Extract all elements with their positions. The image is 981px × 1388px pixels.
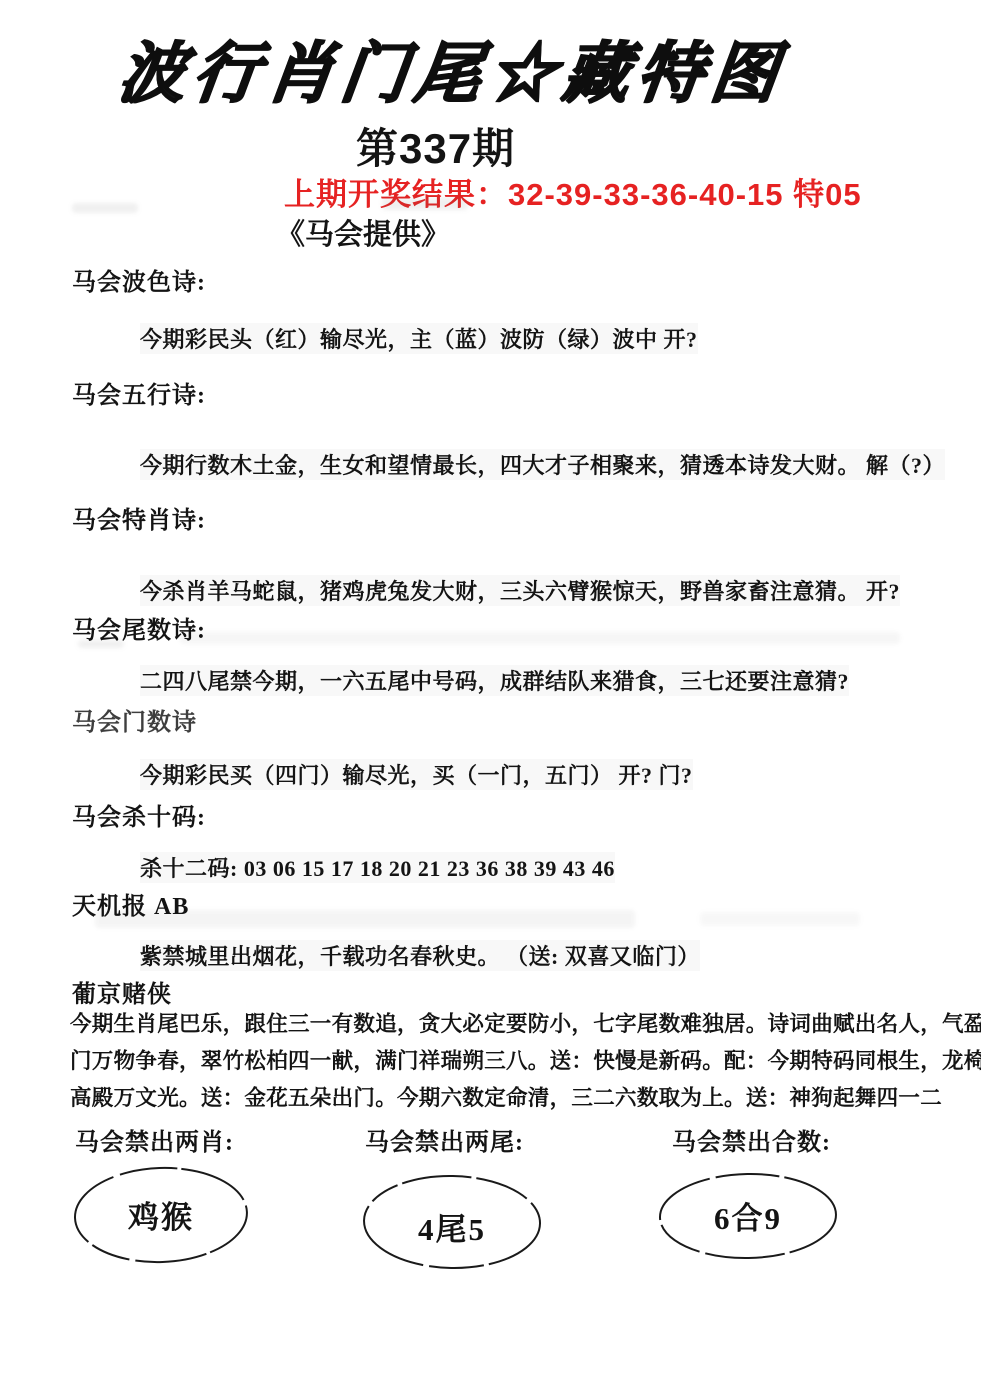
pujing-paragraph-line: 高殿万文光。送：金花五朵出门。今期六数定命清，三二六数取为上。送：神狗起舞四一二 — [70, 1081, 942, 1112]
issue-number: 第337期 — [356, 116, 515, 176]
scan-smudge — [72, 203, 138, 213]
section-verse-tianji: 紫禁城里出烟花，千载功名春秋史。 （送: 双喜又临门） — [140, 940, 700, 971]
lottery-tip-sheet: 波行肖门尾☆藏特图 第337期 上期开奖结果：32-39-33-36-40-15… — [0, 0, 981, 1388]
scan-smudge — [700, 912, 860, 926]
last-draw-result: 上期开奖结果：32-39-33-36-40-15 特05 — [284, 169, 862, 214]
forbidden-sum-label: 马会禁出合数: — [672, 1122, 831, 1157]
section-label-texiao: 马会特肖诗: — [72, 500, 206, 535]
forbidden-zodiac-label: 马会禁出两肖: — [75, 1122, 234, 1157]
forbidden-tails-value: 4尾5 — [360, 1204, 544, 1249]
forbidden-tails-label: 马会禁出两尾: — [365, 1122, 524, 1157]
pujing-paragraph-line: 门万物争春，翠竹松柏四一献，满门祥瑞朔三八。送：快慢是新码。配：今期特码同根生，… — [70, 1044, 981, 1075]
section-label-shama: 马会杀十码: — [72, 797, 206, 832]
section-verse-menshu: 今期彩民买（四门）输尽光，买（一门，五门） 开? 门? — [140, 759, 693, 790]
page-title: 波行肖门尾☆藏特图 — [114, 20, 792, 115]
scan-smudge — [180, 632, 900, 644]
forbidden-zodiac-value: 鸡猴 — [70, 1192, 252, 1237]
forbidden-sum-value: 6合9 — [656, 1193, 840, 1238]
section-verse-bose: 今期彩民头（红）输尽光，主（蓝）波防（绿）波中 开? — [140, 323, 698, 354]
section-label-weishu: 马会尾数诗: — [72, 610, 206, 645]
pujing-paragraph-line: 今期生肖尾巴乐，跟住三一有数追，贪大必定要防小，七字尾数难独居。诗词曲赋出名人，… — [70, 1007, 981, 1038]
scan-smudge — [382, 198, 468, 210]
source-line: 《马会提供》 — [276, 212, 450, 253]
section-verse-texiao: 今杀肖羊马蛇鼠，猪鸡虎兔发大财，三头六臂猴惊天，野兽家畜注意猜。 开? — [140, 575, 900, 606]
section-verse-wuxing: 今期行数木土金，生女和望情最长，四大才子相聚来，猜透本诗发大财。 解（?） — [140, 449, 945, 480]
section-verse-weishu: 二四八尾禁今期，一六五尾中号码，成群结队来猎食，三七还要注意猜? — [140, 665, 849, 696]
section-verse-shama: 杀十二码: 03 06 15 17 18 20 21 23 36 38 39 4… — [140, 852, 615, 883]
section-label-wuxing: 马会五行诗: — [72, 375, 206, 410]
section-label-tianji: 天机报 AB — [72, 886, 189, 921]
section-label-bose: 马会波色诗: — [72, 262, 206, 297]
section-label-menshu: 马会门数诗 — [72, 702, 197, 737]
section-label-pujing: 葡京赌侠 — [72, 974, 172, 1009]
